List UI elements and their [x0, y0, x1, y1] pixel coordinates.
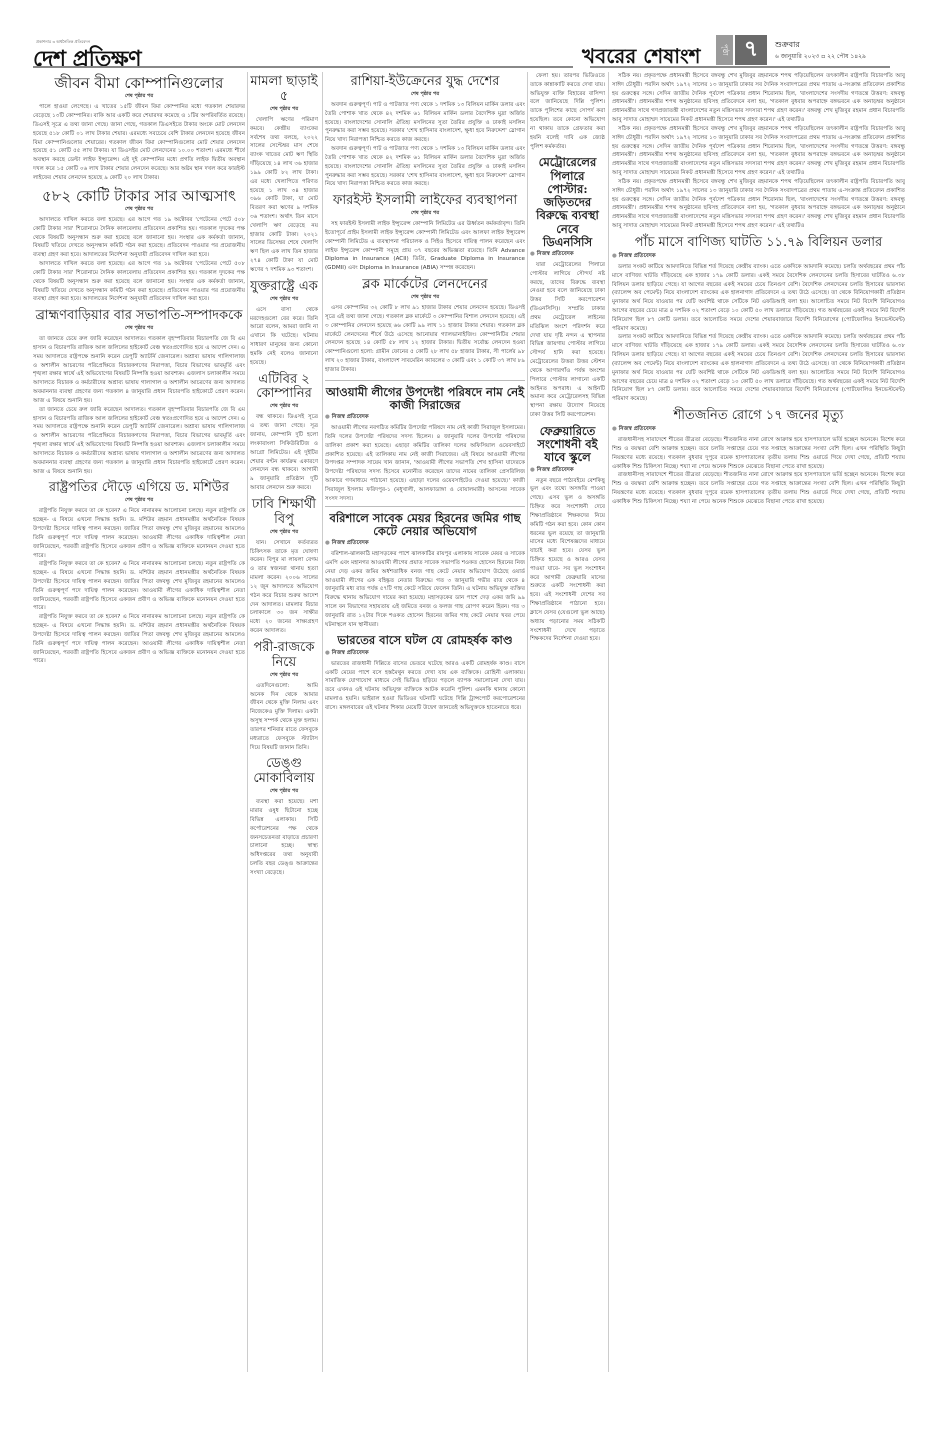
- article-body: সহ ফারইস্ট ইসলামী লাইফ ইন্স্যুরেন্স কোম্…: [325, 220, 525, 273]
- jump-line: শেষ পৃষ্ঠার পর: [250, 529, 318, 537]
- article-body: সঠিক নয়। প্রকৃতপক্ষে প্রধানমন্ত্রী হিসে…: [612, 72, 905, 231]
- headline[interactable]: ব্লক মার্কেটের লেনদেনের: [325, 278, 525, 293]
- headline[interactable]: ফারইস্ট ইসলামী লাইফের ব্যবস্থাপনা: [325, 194, 525, 209]
- column-divider: [527, 72, 528, 1372]
- article-metrorail[interactable]: মেট্রোরেলের পিলারে পোস্টার: জড়িতদের বির…: [530, 156, 605, 419]
- article-mamla-charai[interactable]: মামলা ছাড়াই ৫ শেষ পৃষ্ঠার পর খেলাপি ঋণে…: [250, 75, 318, 275]
- article-banijjo-ghatti[interactable]: পাঁচ মাসে বাণিজ্য ঘাটতি ১১.৭৯ বিলিয়ন ডল…: [612, 236, 905, 404]
- column-5: সঠিক নয়। প্রকৃতপক্ষে প্রধানমন্ত্রী হিসে…: [612, 72, 905, 1442]
- headline[interactable]: মামলা ছাড়াই ৫: [250, 75, 318, 105]
- byline: নিজস্ব প্রতিবেদক: [325, 414, 525, 422]
- headline[interactable]: ডেঙ্গু মোকাবিলায়: [250, 757, 318, 787]
- masthead-rule-right: [590, 66, 890, 68]
- article-dabi-shikkharthi[interactable]: ঢাবি শিক্ষার্থী বিপু শেষ পৃষ্ঠার পর যান।…: [250, 498, 318, 636]
- byline: নিজস্ব প্রতিবেদক: [530, 467, 605, 475]
- headline[interactable]: এটিবির ২ কোম্পানির: [250, 373, 318, 403]
- article-body: ফেলা হয়। তারপর ভিডিওতে তাকে কান্নাকাটি …: [530, 72, 605, 151]
- column-divider: [322, 72, 323, 1372]
- article-delhi-police[interactable]: ফেলা হয়। তারপর ভিডিওতে তাকে কান্নাকাটি …: [530, 72, 605, 151]
- headline[interactable]: ৫৮২ কোটি টাকার সার আত্মসাৎ: [33, 188, 245, 205]
- section-title: খবরের শেষাংশ: [582, 42, 701, 75]
- headline[interactable]: পাঁচ মাসে বাণিজ্য ঘাটতি ১১.৭৯ বিলিয়ন ডল…: [612, 236, 905, 251]
- article-awami-league[interactable]: আওয়ামী লীগের উপদেষ্টা পরিষদে নাম নেই কা…: [325, 380, 525, 507]
- article-body: এসব কোম্পানির ৩২ কোটি ৮ লাখ ৯১ হাজার টাক…: [325, 304, 525, 375]
- headline[interactable]: জীবন বীমা কোম্পানিগুলোর: [33, 75, 245, 92]
- jump-line: শেষ পৃষ্ঠার পর: [33, 325, 245, 333]
- headline[interactable]: পরী-রাজকে নিয়ে: [250, 641, 318, 671]
- article-body: রাজধানীসহ সারাদেশে শীতের তীব্রতা বেড়েছে…: [612, 436, 905, 507]
- masthead-rule-left: [33, 66, 573, 68]
- article-pori-rajke[interactable]: পরী-রাজকে নিয়ে শেষ পৃষ্ঠার পর এতদিনেগুল…: [250, 641, 318, 753]
- column-divider: [608, 72, 609, 1372]
- byline: নিজস্ব প্রতিবেদক: [325, 650, 525, 658]
- headline[interactable]: ফেব্রুয়ারিতে সংশোধনী বই যাবে স্কুলে: [530, 425, 605, 465]
- article-body: আওয়ামী লীগের নবগঠিত কমিটির উপদেষ্টা পরি…: [325, 424, 525, 503]
- article-atibir[interactable]: এটিবির ২ কোম্পানির শেষ পৃষ্ঠার পর বন্ধ থ…: [250, 373, 318, 493]
- headline[interactable]: শীতজনিত রোগে ১৭ জনের মৃত্যু: [612, 409, 905, 424]
- article-body: যারা মেট্রোরেলের পিলারে পোস্টার লাগিয়ে …: [530, 261, 605, 420]
- jump-line: শেষ পৃষ্ঠার পর: [33, 206, 245, 214]
- column-3: রাশিয়া-ইউক্রেনের যুদ্ধ দেশের শেষ পৃষ্ঠা…: [325, 72, 525, 1442]
- article-varoter-base[interactable]: ভারতের বাসে ঘটল যে রোমহর্ষক কাণ্ড নিজস্ব…: [325, 634, 525, 712]
- article-body: পালে হাওয়া লেগেছে। এ খাতের ১৫টি জীবন বি…: [33, 103, 245, 182]
- article-body: ডলার সংকট কাটিয়ে আমদানিতে বিভিন্ন শর্ত …: [612, 263, 905, 404]
- article-brahmanbaria[interactable]: ব্রাহ্মণবাড়িয়ার বার সভাপতি-সম্পাদককে শ…: [33, 309, 245, 476]
- article-body: যান। সেখানে কর্তব্যরত চিকিৎসক তাকে মৃত ঘ…: [250, 539, 318, 636]
- page-label: পৃষ্ঠা: [716, 35, 733, 65]
- article-jibon-bima[interactable]: জীবন বীমা কোম্পানিগুলোর শেষ পৃষ্ঠার পর প…: [33, 75, 245, 183]
- headline[interactable]: আওয়ামী লীগের উপদেষ্টা পরিষদে নাম নেই কা…: [325, 386, 525, 412]
- page-number: ৭: [735, 35, 767, 65]
- column-4: ফেলা হয়। তারপর ভিডিওতে তাকে কান্নাকাটি …: [530, 72, 605, 1442]
- article-body: বরিশাল-ঝালকাঠি মহাসড়কের পাশে ঝালকাঠির র…: [325, 550, 525, 629]
- article-body: খেলাপি ঋণের পরিমাণ কমবে। কেন্দ্রীয় ব্যা…: [250, 116, 318, 275]
- jump-line: শেষ পৃষ্ঠার পর: [33, 497, 245, 505]
- article-body: রাষ্ট্রপতি নিযুক্ত করবে তা কে হবেন? এ নি…: [33, 507, 245, 666]
- article-body: অবদান গুরুত্বপূর্ণ। পাট ও পাটজাত পণ্য থে…: [325, 101, 525, 189]
- headline[interactable]: মেট্রোরেলের পিলারে পোস্টার: জড়িতদের বির…: [530, 156, 605, 249]
- article-body: ব্যবস্থা করা হয়েছে। মশা মারার ওষুধ ছিটা…: [250, 798, 318, 877]
- article-body: তা জানতে চেয়ে রুল জারি করেছেন আদালত। গত…: [33, 335, 245, 476]
- article-body: এসে বাসা থেকে মরদেহগুলো বের করে। তিনি আর…: [250, 306, 318, 368]
- jump-line: শেষ পৃষ্ঠার পর: [325, 210, 525, 218]
- byline: নিজস্ব প্রতিবেদক: [530, 251, 605, 259]
- article-rashtrapoti[interactable]: রাষ্ট্রপতির দৌড়ে এগিয়ে ড. মশিউর শেষ পৃ…: [33, 481, 245, 666]
- headline[interactable]: ব্রাহ্মণবাড়িয়ার বার সভাপতি-সম্পাদককে: [33, 309, 245, 324]
- byline: নিজস্ব প্রতিবেদক: [612, 426, 905, 434]
- article-dengue[interactable]: ডেঙ্গু মোকাবিলায় শেষ পৃষ্ঠার পর ব্যবস্থ…: [250, 757, 318, 877]
- article-body: আদালতে দাখিল করতে বলা হয়েছে। এর আগে গত …: [33, 216, 245, 304]
- column-divider: [247, 72, 248, 1372]
- headline[interactable]: রাষ্ট্রপতির দৌড়ে এগিয়ে ড. মশিউর: [33, 481, 245, 496]
- jump-line: শেষ পৃষ্ঠার পর: [325, 91, 525, 99]
- masthead: প্রকাশনার ৩ অর্থনৈতিক প্রতিবেদন দেশ প্রত…: [0, 0, 945, 62]
- jump-line: শেষ পৃষ্ঠার পর: [33, 93, 245, 101]
- headline[interactable]: রাশিয়া-ইউক্রেনের যুদ্ধ দেশের: [325, 75, 525, 90]
- jump-line: শেষ পৃষ্ঠার পর: [250, 403, 318, 411]
- jump-line: শেষ পৃষ্ঠার পর: [250, 296, 318, 304]
- article-body: ভারতের রাজধানী দিল্লিতে বাসের ভেতরে ঘটেছ…: [325, 660, 525, 713]
- column-1: জীবন বীমা কোম্পানিগুলোর শেষ পৃষ্ঠার পর প…: [33, 72, 245, 1442]
- column-2: মামলা ছাড়াই ৫ শেষ পৃষ্ঠার পর খেলাপি ঋণে…: [250, 72, 318, 1442]
- jump-line: শেষ পৃষ্ঠার পর: [325, 294, 525, 302]
- headline[interactable]: বরিশালে সাবেক মেয়র হিরনের জমির গাছ কেটে…: [325, 512, 525, 538]
- article-barishal[interactable]: বরিশালে সাবেক মেয়র হিরনের জমির গাছ কেটে…: [325, 512, 525, 630]
- byline: নিজস্ব প্রতিবেদক: [325, 540, 525, 548]
- article-body: এতদিনেগুলো: আমি অনেক দিন থেকে আমার জীবন …: [250, 682, 318, 753]
- byline: নিজস্ব প্রতিবেদক: [612, 253, 905, 261]
- jump-line: শেষ পৃষ্ঠার পর: [250, 672, 318, 680]
- article-juktorashtre[interactable]: যুক্তরাষ্ট্রে এক শেষ পৃষ্ঠার পর এসে বাসা…: [250, 280, 318, 368]
- article-body: নতুন বছরে পাঠ্যবইয়ে বেশকিছু ভুল এবং তথ্…: [530, 477, 605, 645]
- article-sar-attosat[interactable]: ৫৮২ কোটি টাকার সার আত্মসাৎ শেষ পৃষ্ঠার প…: [33, 188, 245, 305]
- article-february-boi[interactable]: ফেব্রুয়ারিতে সংশোধনী বই যাবে স্কুলে নিজ…: [530, 425, 605, 644]
- article-block-market[interactable]: ব্লক মার্কেটের লেনদেনের শেষ পৃষ্ঠার পর এ…: [325, 278, 525, 375]
- article-shitjonito-roge[interactable]: শীতজনিত রোগে ১৭ জনের মৃত্যু নিজস্ব প্রতি…: [612, 409, 905, 507]
- jump-line: শেষ পৃষ্ঠার পর: [250, 788, 318, 796]
- headline[interactable]: যুক্তরাষ্ট্রে এক: [250, 280, 318, 295]
- publication-date: ৬ জানুয়ারি ২০২৩ ▫ ২২ পৌষ ১৪২৯: [775, 51, 866, 62]
- article-farest-islami[interactable]: ফারইস্ট ইসলামী লাইফের ব্যবস্থাপনা শেষ পৃ…: [325, 194, 525, 273]
- headline[interactable]: ঢাবি শিক্ষার্থী বিপু: [250, 498, 318, 528]
- article-body: বন্ধ থাকবে। ডিএসই সূত্রে এ তথ্য জানা গেছ…: [250, 413, 318, 492]
- article-bongobondhu[interactable]: সঠিক নয়। প্রকৃতপক্ষে প্রধানমন্ত্রী হিসে…: [612, 72, 905, 231]
- article-rashia-ukraine[interactable]: রাশিয়া-ইউক্রেনের যুদ্ধ দেশের শেষ পৃষ্ঠা…: [325, 75, 525, 189]
- headline[interactable]: ভারতের বাসে ঘটল যে রোমহর্ষক কাণ্ড: [325, 634, 525, 647]
- jump-line: শেষ পৃষ্ঠার পর: [250, 106, 318, 114]
